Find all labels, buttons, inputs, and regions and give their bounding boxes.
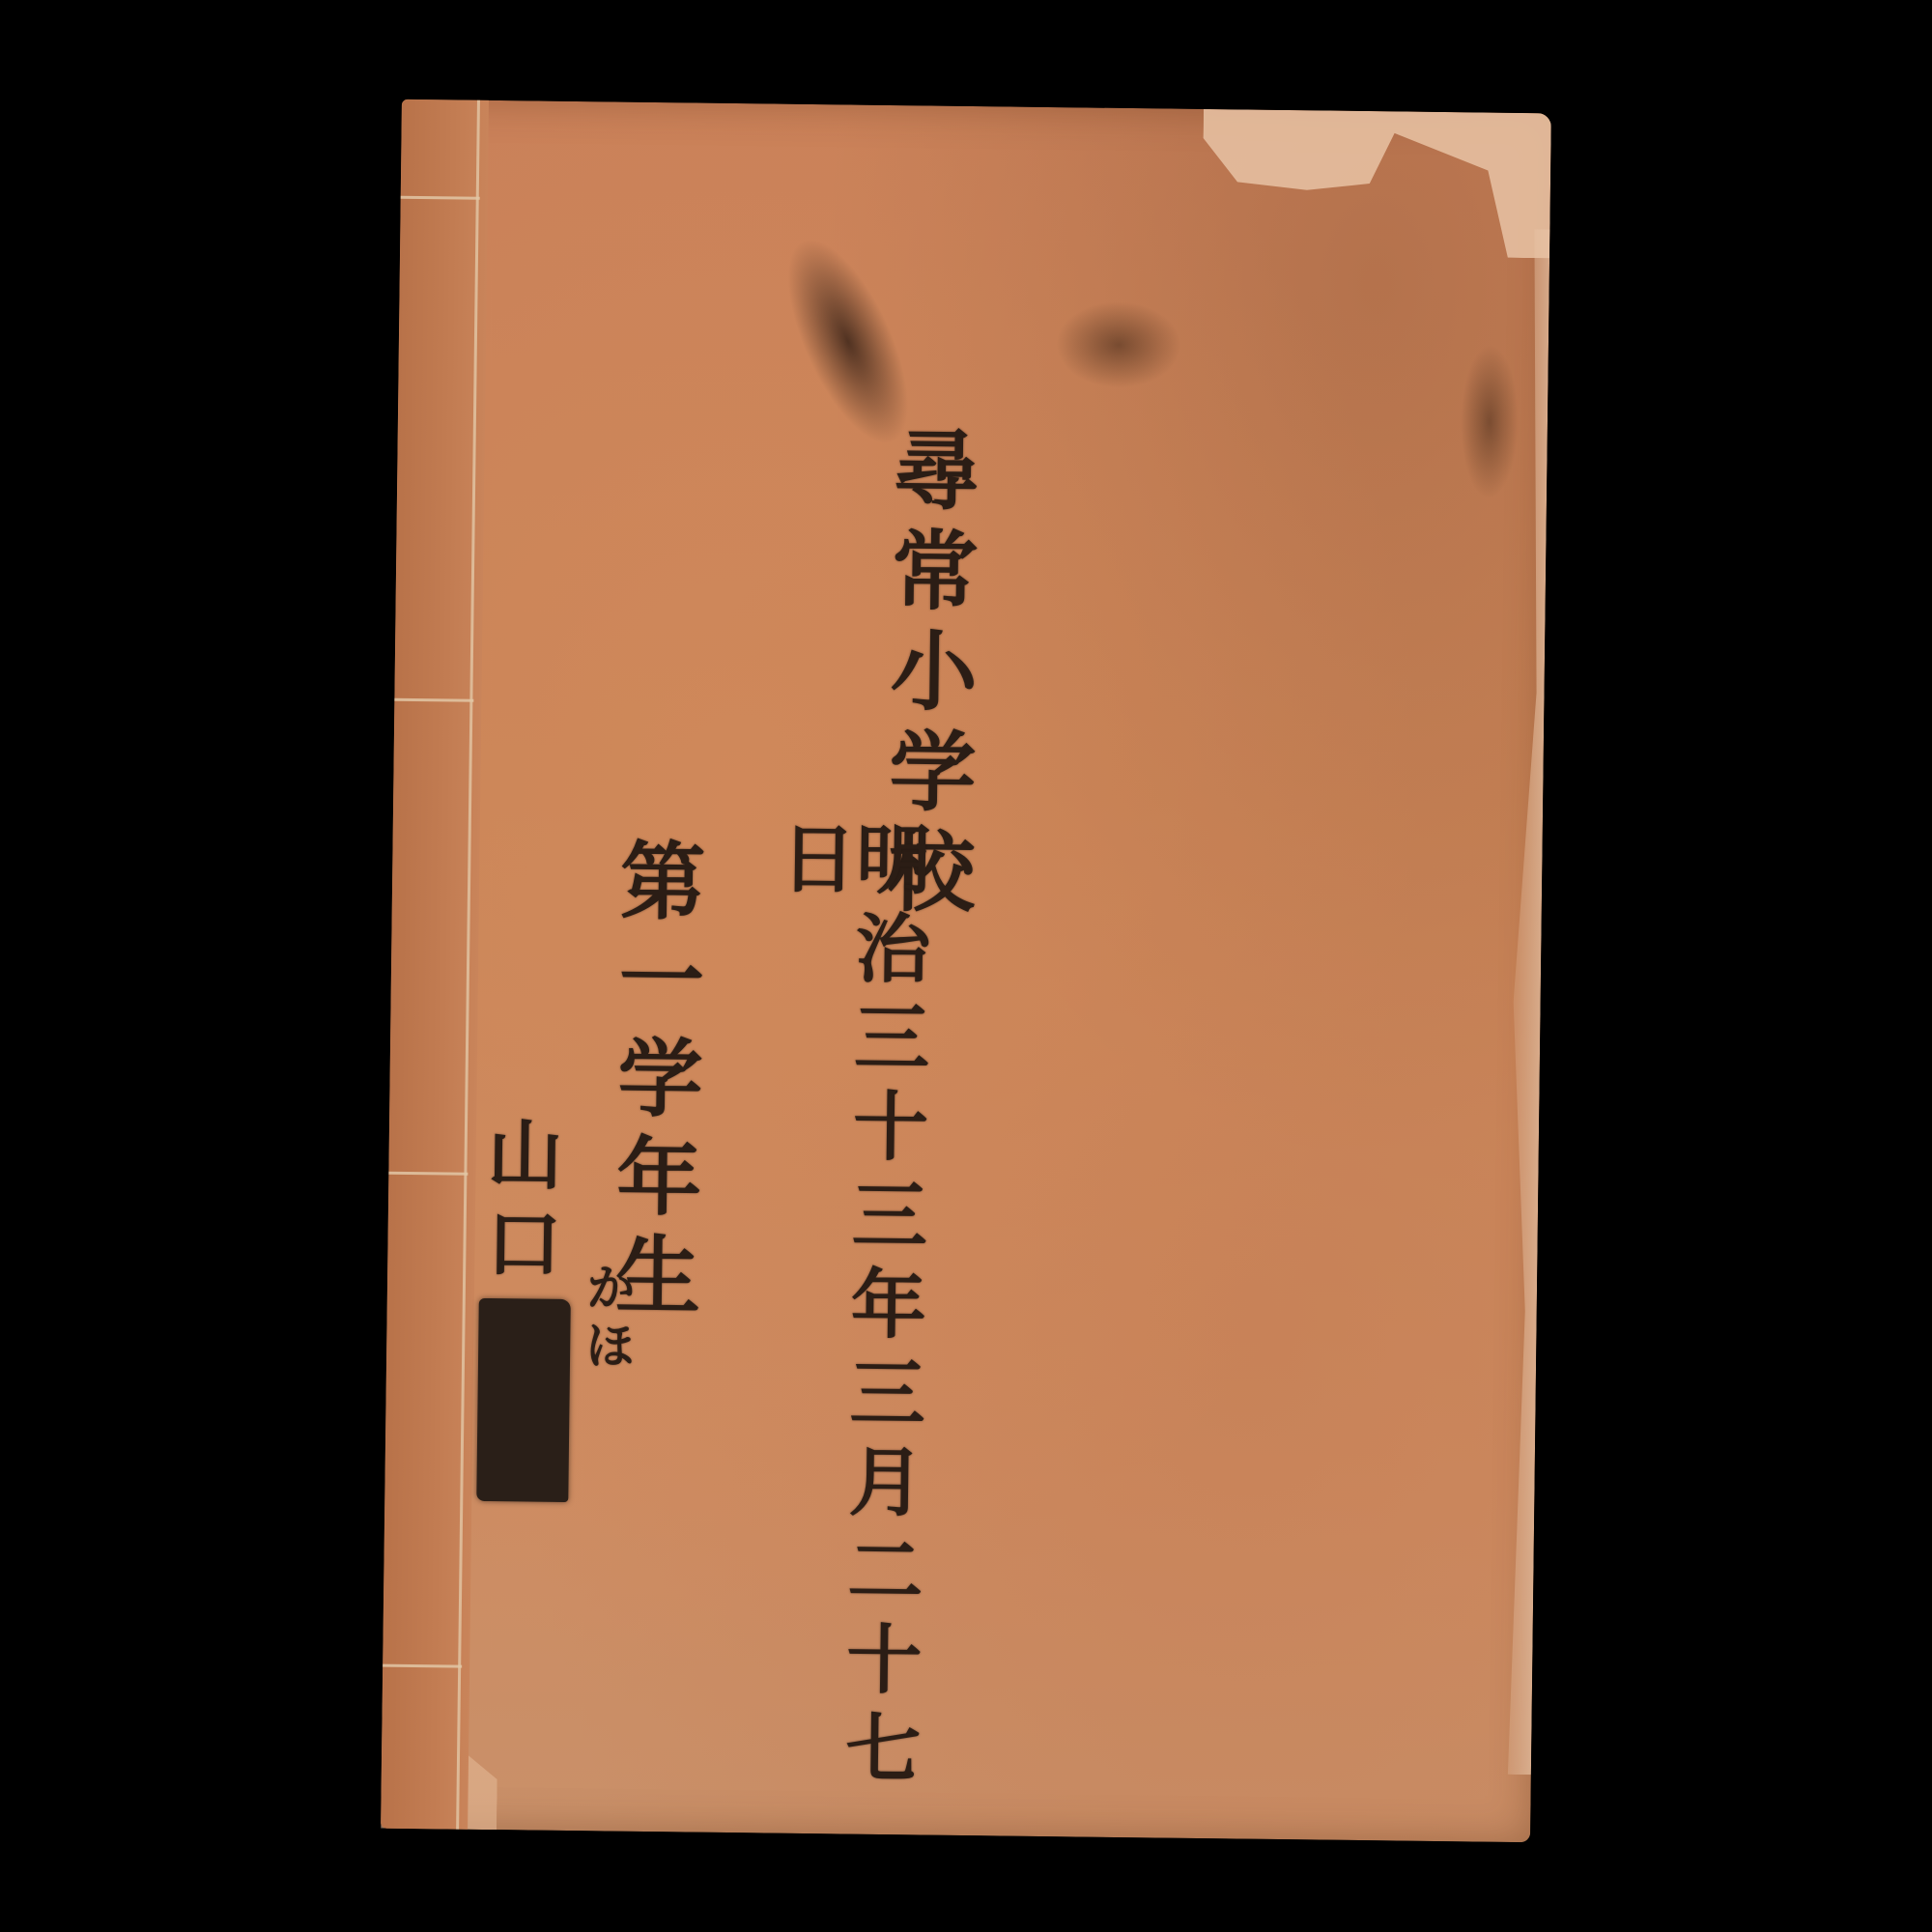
student-name-kana: かほ: [580, 1261, 631, 1378]
redaction-block: [476, 1298, 571, 1502]
notebook: 尋常小学校 明治三十三年三月二十七日 第一学年生 山口 かほ: [381, 99, 1551, 1842]
notebook-cover: [381, 99, 1551, 1842]
student-surname: 山口: [479, 1115, 556, 1293]
ink-smudge: [1055, 300, 1181, 389]
grade-inscription: 第一学年生: [609, 837, 699, 1330]
date-inscription: 明治三十三年三月二十七日: [762, 819, 925, 1835]
ink-smudge: [1460, 344, 1520, 499]
